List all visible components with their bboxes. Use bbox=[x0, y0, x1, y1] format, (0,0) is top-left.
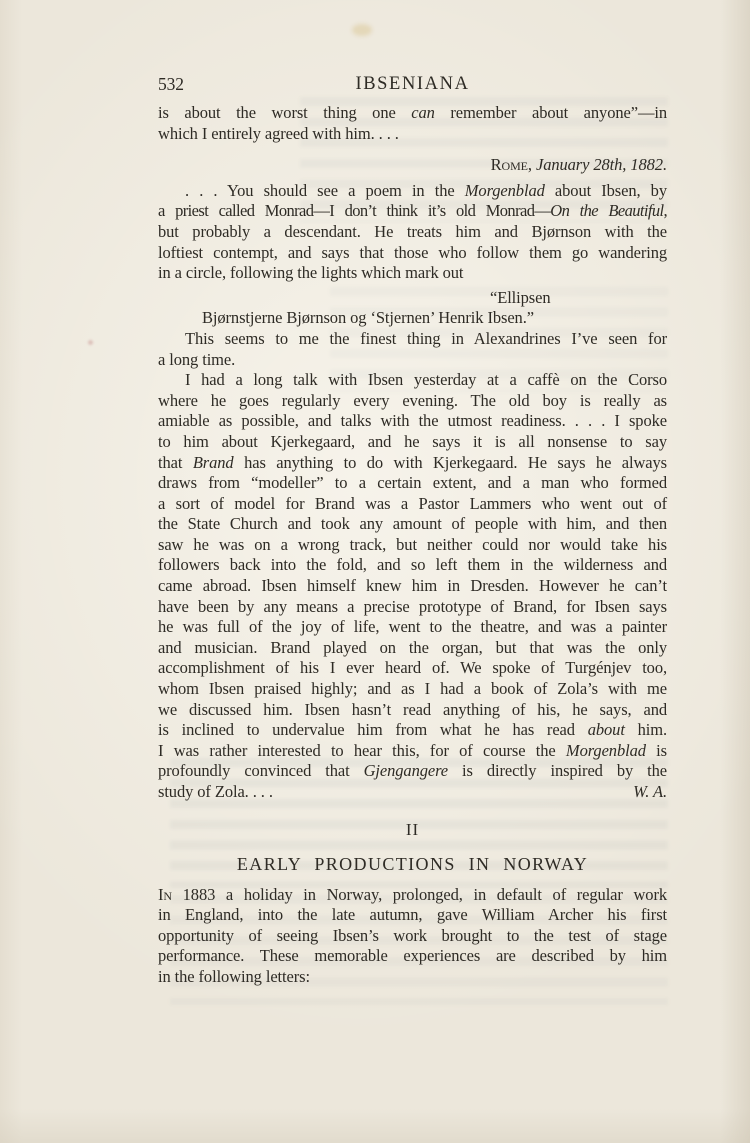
text-run: profoundly convinced that bbox=[158, 761, 364, 780]
paragraph-long-talk: I had a long talk with Ibsen yesterday a… bbox=[158, 370, 667, 802]
italic-text: Morgenblad bbox=[465, 181, 545, 200]
text-run: which I entirely agreed with him. . . . bbox=[158, 124, 399, 143]
chapter-heading: EARLY PRODUCTIONS IN NORWAY bbox=[158, 853, 667, 875]
text-run: is about the worst thing one bbox=[158, 103, 411, 122]
text-run: that bbox=[158, 453, 193, 472]
italic-text: W. A. bbox=[633, 782, 667, 801]
italic-text: about bbox=[588, 720, 625, 739]
text-run: came abroad. Ibsen himself knew him in D… bbox=[158, 576, 667, 595]
verse-quotation: “EllipsenBjørnstjerne Bjørnson og ‘Stjer… bbox=[158, 288, 667, 329]
running-title: IBSENIANA bbox=[158, 74, 667, 95]
italic-text: Morgenblad bbox=[566, 741, 646, 760]
text-line: profoundly convinced that Gjengangere is… bbox=[158, 761, 667, 782]
small-caps-text: In bbox=[158, 885, 172, 904]
text-line: loftiest contempt, and says that those w… bbox=[158, 243, 667, 264]
text-run: draws from “modeller” to a certain exten… bbox=[158, 473, 667, 492]
text-line: in the following letters: bbox=[158, 967, 667, 988]
text-line: have been by any means a precise prototy… bbox=[158, 597, 667, 618]
text-run: remember about anyone”—in bbox=[435, 103, 667, 122]
text-run: saw he was on a wrong track, but neither… bbox=[158, 535, 667, 554]
text-run: the State Church and took any amount of … bbox=[158, 514, 667, 533]
text-run: in England, into the late autumn, gave W… bbox=[158, 905, 667, 924]
text-run: he was full of the joy of life, went to … bbox=[158, 617, 667, 636]
text-line: and musician. Brand played on the organ,… bbox=[158, 638, 667, 659]
italic-text: Brand bbox=[193, 453, 234, 472]
text-run: “Ellipsen bbox=[490, 288, 551, 307]
text-line: I had a long talk with Ibsen yesterday a… bbox=[158, 370, 667, 391]
text-line: This seems to me the finest thing in Ale… bbox=[158, 329, 667, 350]
text-run: in a circle, following the lights which … bbox=[158, 263, 463, 282]
paragraph-alexandrines: This seems to me the finest thing in Ale… bbox=[158, 329, 667, 370]
text-line: I was rather interested to hear this, fo… bbox=[158, 741, 667, 762]
text-line: we discussed him. Ibsen hasn’t read anyt… bbox=[158, 700, 667, 721]
small-caps-text: Rome bbox=[491, 155, 528, 174]
text-line: a sort of model for Brand was a Pastor L… bbox=[158, 494, 667, 515]
text-run: in the following letters: bbox=[158, 967, 310, 986]
text-line: EARLY PRODUCTIONS IN NORWAY bbox=[158, 853, 667, 875]
text-line: that Brand has anything to do with Kjerk… bbox=[158, 453, 667, 474]
text-line: In 1883 a holiday in Norway, prolonged, … bbox=[158, 885, 667, 906]
text-line: is inclined to undervalue him from what … bbox=[158, 720, 667, 741]
paper-stain bbox=[352, 24, 372, 36]
text-run: , bbox=[528, 155, 536, 174]
text-run: I was rather interested to hear this, fo… bbox=[158, 741, 566, 760]
italic-text: can bbox=[411, 103, 435, 122]
text-run: but probably a descendant. He treats him… bbox=[158, 222, 667, 241]
text-run: we discussed him. Ibsen hasn’t read anyt… bbox=[158, 700, 667, 719]
text-line: Bjørnstjerne Bjørnson og ‘Stjernen’ Henr… bbox=[158, 308, 667, 329]
paragraph-1883-holiday: In 1883 a holiday in Norway, prolonged, … bbox=[158, 885, 667, 988]
scanned-book-page: 532 IBSENIANA is about the worst thing o… bbox=[0, 0, 750, 1143]
text-line: Rome, January 28th, 1882. bbox=[158, 155, 667, 176]
text-line: “Ellipsen bbox=[158, 288, 667, 309]
text-run: whom Ibsen praised highly; and as I had … bbox=[158, 679, 667, 698]
text-run: a sort of model for Brand was a Pastor L… bbox=[158, 494, 667, 513]
text-run: followers back into the fold, and so lef… bbox=[158, 555, 667, 574]
text-line: a priest called Monrad—I don’t think it’… bbox=[158, 201, 667, 222]
page-number: 532 bbox=[158, 74, 184, 95]
text-run: Bjørnstjerne Bjørnson og ‘Stjernen’ Henr… bbox=[202, 308, 534, 327]
text-line: in England, into the late autumn, gave W… bbox=[158, 905, 667, 926]
text-line: a long time. bbox=[158, 350, 667, 371]
text-line: but probably a descendant. He treats him… bbox=[158, 222, 667, 243]
text-run: him. bbox=[625, 720, 667, 739]
text-run: II bbox=[406, 820, 419, 839]
text-line: in a circle, following the lights which … bbox=[158, 263, 667, 284]
page-body-text: is about the worst thing one can remembe… bbox=[158, 103, 667, 988]
signature-line: study of Zola. . . .W. A. bbox=[158, 782, 667, 803]
text-run: is inclined to undervalue him from what … bbox=[158, 720, 588, 739]
text-line: is about the worst thing one can remembe… bbox=[158, 103, 667, 124]
italic-text: January 28th, 1882. bbox=[536, 155, 667, 174]
text-line: saw he was on a wrong track, but neither… bbox=[158, 535, 667, 556]
text-run: to him about Kjerkegaard, and he says it… bbox=[158, 432, 667, 451]
text-run: accomplishment of his I ever heard of. W… bbox=[158, 658, 667, 677]
text-run: about Ibsen, by bbox=[545, 181, 667, 200]
author-initials: W. A. bbox=[633, 782, 667, 803]
line-text: study of Zola. . . . bbox=[158, 782, 273, 803]
text-run: where he goes regularly every evening. T… bbox=[158, 391, 667, 410]
text-run: a long time. bbox=[158, 350, 235, 369]
text-run: a priest called Monrad—I don’t think it’… bbox=[158, 201, 550, 220]
text-run: amiable as possible, and talks with the … bbox=[158, 411, 667, 430]
text-line: draws from “modeller” to a certain exten… bbox=[158, 473, 667, 494]
text-line: to him about Kjerkegaard, and he says it… bbox=[158, 432, 667, 453]
text-line: followers back into the fold, and so lef… bbox=[158, 555, 667, 576]
text-line: the State Church and took any amount of … bbox=[158, 514, 667, 535]
text-run: study of Zola. . . . bbox=[158, 782, 273, 801]
text-run: EARLY PRODUCTIONS IN NORWAY bbox=[237, 854, 588, 874]
text-run: opportunity of seeing Ibsen’s work broug… bbox=[158, 926, 667, 945]
text-line: opportunity of seeing Ibsen’s work broug… bbox=[158, 926, 667, 947]
text-line: came abroad. Ibsen himself knew him in D… bbox=[158, 576, 667, 597]
section-number: II bbox=[158, 819, 667, 841]
running-head: 532 IBSENIANA bbox=[158, 74, 667, 93]
text-run: and musician. Brand played on the organ,… bbox=[158, 638, 667, 657]
text-line: he was full of the joy of life, went to … bbox=[158, 617, 667, 638]
text-line: where he goes regularly every evening. T… bbox=[158, 391, 667, 412]
text-line: II bbox=[158, 819, 667, 841]
text-run: This seems to me the finest thing in Ale… bbox=[185, 329, 667, 348]
text-column: 532 IBSENIANA is about the worst thing o… bbox=[158, 74, 667, 988]
paragraph-morgenblad-poem: . . . You should see a poem in the Morge… bbox=[158, 181, 667, 284]
text-line: accomplishment of his I ever heard of. W… bbox=[158, 658, 667, 679]
text-run: has anything to do with Kjerkegaard. He … bbox=[234, 453, 667, 472]
text-run: is directly inspired by the bbox=[448, 761, 667, 780]
text-run: , bbox=[663, 201, 667, 220]
italic-text: On the Beautiful bbox=[550, 201, 663, 220]
text-run: . . . You should see a poem in the bbox=[185, 181, 465, 200]
text-run: have been by any means a precise prototy… bbox=[158, 597, 667, 616]
text-run: is bbox=[646, 741, 667, 760]
text-line: . . . You should see a poem in the Morge… bbox=[158, 181, 667, 202]
text-run: performance. These memorable experiences… bbox=[158, 946, 667, 965]
text-line: amiable as possible, and talks with the … bbox=[158, 411, 667, 432]
italic-text: Gjengangere bbox=[364, 761, 448, 780]
text-run: loftiest contempt, and says that those w… bbox=[158, 243, 667, 262]
dateline: Rome, January 28th, 1882. bbox=[158, 155, 667, 176]
text-line: whom Ibsen praised highly; and as I had … bbox=[158, 679, 667, 700]
text-run: 1883 a holiday in Norway, prolonged, in … bbox=[172, 885, 667, 904]
paragraph-continuation: is about the worst thing one can remembe… bbox=[158, 103, 667, 144]
text-line: performance. These memorable experiences… bbox=[158, 946, 667, 967]
text-run: I had a long talk with Ibsen yesterday a… bbox=[185, 370, 667, 389]
text-line: which I entirely agreed with him. . . . bbox=[158, 124, 667, 145]
paper-speck bbox=[88, 340, 93, 345]
